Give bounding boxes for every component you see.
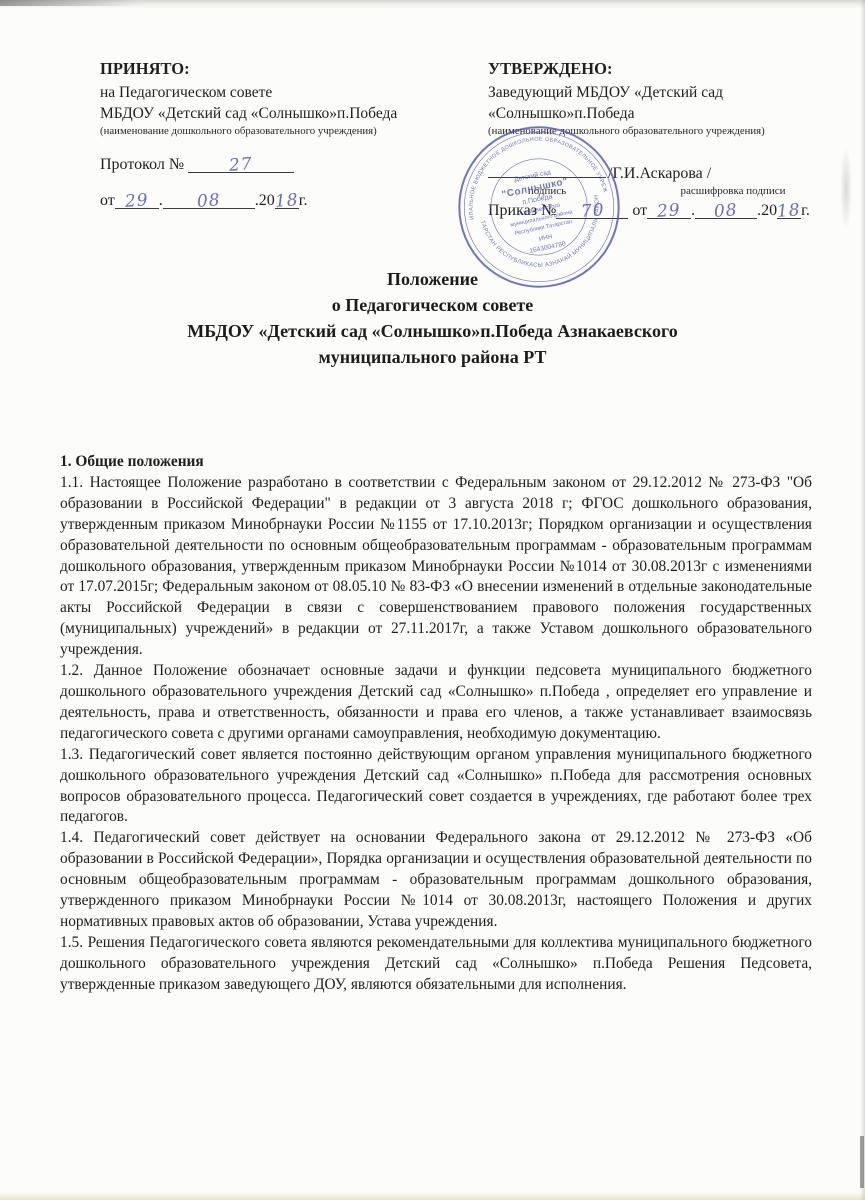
- order-number-blank: 70: [556, 200, 628, 219]
- signature-caption: подпись: [488, 185, 606, 198]
- date-year-blank: 18: [275, 190, 299, 209]
- paragraph-1-2: 1.2. Данное Положение обозначает основны…: [60, 661, 812, 745]
- order-date-month-handwritten: 08: [714, 200, 739, 223]
- order-date-day-blank: 29: [647, 200, 691, 219]
- order-date-month-blank: 08: [695, 200, 757, 219]
- date-century-label: .20: [255, 192, 275, 209]
- date-g-label: г.: [299, 192, 308, 209]
- protocol-number-handwritten: 27: [229, 154, 254, 177]
- order-date-year-blank: 18: [777, 200, 801, 219]
- title-line2: о Педагогическом совете: [0, 292, 865, 318]
- signature-name: /Г.И.Аскарова /: [608, 165, 711, 182]
- document-body: 1. Общие положения 1.1. Настоящее Положе…: [60, 452, 812, 996]
- scanned-document-page: ПРИНЯТО: на Педагогическом совете МБДОУ …: [0, 0, 865, 1200]
- order-date-day-handwritten: 29: [657, 200, 682, 223]
- paragraph-1-1: 1.1. Настоящее Положение разработано в с…: [60, 473, 812, 661]
- order-number-handwritten: 70: [580, 200, 605, 223]
- signature-row: /Г.И.Аскарова /: [488, 159, 860, 184]
- date-day-blank: 29: [115, 190, 159, 209]
- order-line: Приказ №70 от29.08.2018г.: [488, 200, 860, 221]
- scan-artifact-right-edge: [860, 0, 865, 1200]
- scan-artifact-top-left: [0, 0, 140, 6]
- order-date-century-label: .20: [757, 202, 777, 219]
- stamp-center-line6: Республики Татарстан: [514, 219, 572, 237]
- signature-decode-caption: расшифровка подписи: [606, 185, 860, 198]
- approved-block: УТВЕРЖДЕНО: Заведующий МБДОУ «Детский са…: [488, 58, 860, 221]
- paragraph-1-3: 1.3. Педагогический совет является посто…: [60, 745, 812, 829]
- date-month-blank: 08: [163, 190, 255, 209]
- order-date-g-label: г.: [801, 202, 810, 219]
- signature-blank: [488, 159, 606, 178]
- title-line4: муниципального района РТ: [0, 344, 865, 370]
- order-label: Приказ №: [488, 202, 556, 219]
- protocol-line: Протокол № 27: [100, 154, 480, 175]
- protocol-label: Протокол №: [100, 156, 184, 173]
- scan-artifact-bottom-edge: [0, 1192, 865, 1200]
- stamp-center-line8: 1643004780: [529, 240, 567, 255]
- date-month-handwritten: 08: [196, 190, 221, 213]
- order-date-year-handwritten: 18: [777, 200, 802, 223]
- accepted-org-line1: на Педагогическом совете: [100, 82, 480, 103]
- approved-org-caption: (наименование дошкольного образовательно…: [488, 124, 860, 139]
- section-heading: 1. Общие положения: [60, 452, 812, 473]
- accepted-org-caption: (наименование дошкольного образовательно…: [100, 124, 480, 139]
- approved-org-line2: «Солнышко»п.Победа: [488, 103, 860, 124]
- accepted-org-line2: МБДОУ «Детский сад «Солнышко»п.Победа: [100, 103, 480, 124]
- protocol-number-blank: 27: [188, 154, 294, 173]
- date-year-handwritten: 18: [274, 190, 299, 213]
- signature-captions: подпись расшифровка подписи: [488, 185, 860, 198]
- paragraph-1-5: 1.5. Решения Педагогического совета явля…: [60, 933, 812, 996]
- approved-heading: УТВЕРЖДЕНО:: [488, 58, 860, 79]
- title-line1: Положение: [0, 266, 865, 292]
- paragraph-1-4: 1.4. Педагогический совет действует на о…: [60, 828, 812, 933]
- stamp-center-line7: ИНН: [538, 233, 553, 243]
- scan-artifact-bottom-right: [860, 1136, 864, 1188]
- date-from-label: от: [100, 192, 115, 209]
- accepted-block: ПРИНЯТО: на Педагогическом совете МБДОУ …: [100, 58, 480, 211]
- accepted-date-line: от29.08.2018г.: [100, 190, 480, 211]
- approved-org-line1: Заведующий МБДОУ «Детский сад: [488, 82, 860, 103]
- title-line3: МБДОУ «Детский сад «Солнышко»п.Победа Аз…: [0, 318, 865, 344]
- accepted-heading: ПРИНЯТО:: [100, 58, 480, 79]
- date-day-handwritten: 29: [124, 190, 149, 213]
- order-date-from-label: от: [632, 202, 647, 219]
- document-title: Положение о Педагогическом совете МБДОУ …: [0, 266, 865, 370]
